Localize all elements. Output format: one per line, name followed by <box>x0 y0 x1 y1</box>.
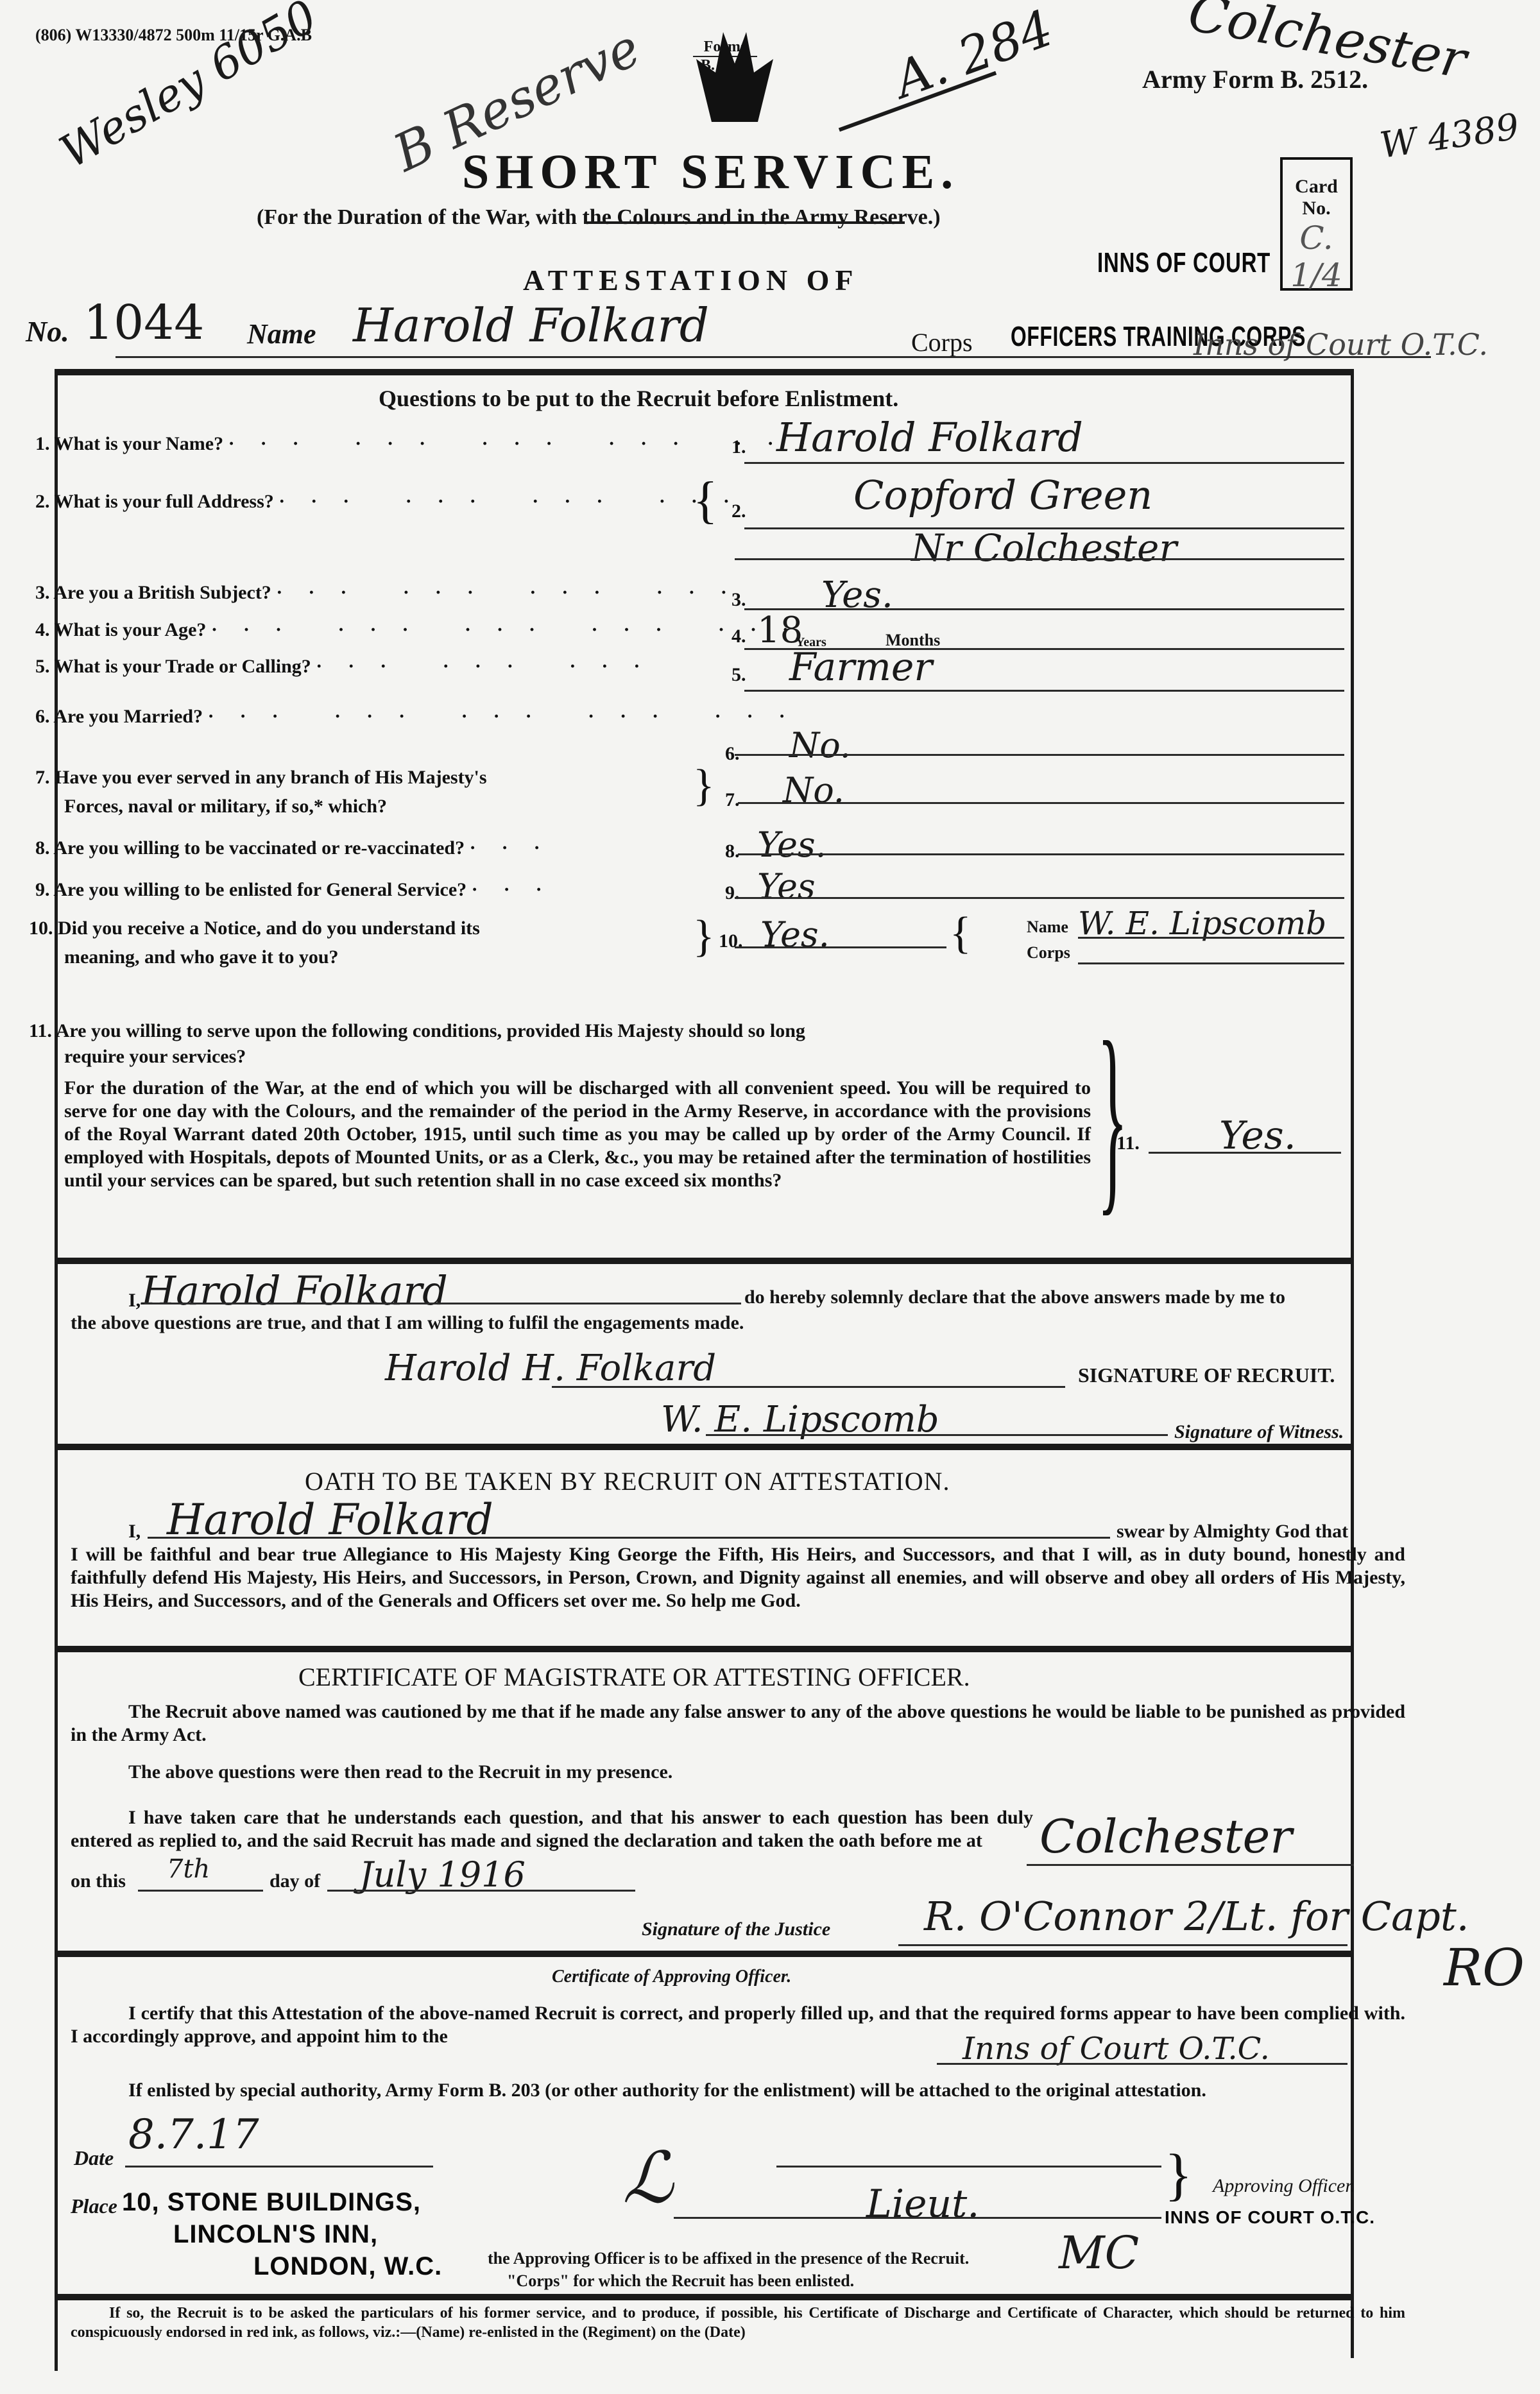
question-2-num: 2. <box>35 491 50 512</box>
question-6: 6. Are you Married? ··· ··· ··· ··· ··· <box>35 706 811 728</box>
answer-2-line2-rule <box>735 558 1344 560</box>
answer-1-num: 1. <box>732 436 746 458</box>
attestation-month[interactable]: July 1916 <box>359 1854 526 1895</box>
question-9-text: Are you willing to be enlisted for Gener… <box>53 879 466 900</box>
attestation-day[interactable]: 7th <box>167 1854 210 1884</box>
recruit-signature-label: SIGNATURE OF RECRUIT. <box>1078 1364 1335 1387</box>
question-10-text: Did you receive a Notice, and do you und… <box>58 918 480 939</box>
questions-heading: Questions to be put to the Recruit befor… <box>379 385 898 412</box>
corps-stamp-line1: INNS OF COURT <box>1097 247 1270 279</box>
certificate-paragraph-3: I have taken care that he understands ea… <box>71 1806 1033 1852</box>
officer-unit-stamp: INNS OF COURT O.T.C. <box>1165 2207 1375 2228</box>
approving-paragraph-2: If enlisted by special authority, Army F… <box>71 2079 1405 2102</box>
place-stamp-line2: LINCOLN'S INN, <box>173 2220 378 2249</box>
answer-3-line <box>744 608 1344 610</box>
oath-swear-text: swear by Almighty God that <box>1116 1521 1348 1543</box>
recruit-number-label: No. <box>26 314 69 348</box>
approving-note-2: "Corps" for which the Recruit has been e… <box>507 2271 854 2291</box>
answer-9-line <box>735 897 1344 899</box>
question-1-num: 1. <box>35 433 50 454</box>
answer-6[interactable]: No. <box>789 725 851 765</box>
question-7-num: 7. <box>35 767 50 788</box>
question-8-num: 8. <box>35 837 50 859</box>
annotation-number-right: W 4389 <box>1378 106 1522 167</box>
name-line <box>116 356 1431 358</box>
answer-10[interactable]: Yes. <box>760 914 830 955</box>
officer-signature-line <box>776 2166 1161 2167</box>
army-form-number: Army Form B. 2512. <box>1142 64 1368 94</box>
answer-2-num: 2. <box>732 500 746 522</box>
declaration-i-label: I, <box>128 1290 141 1312</box>
brace-icon: { <box>950 911 971 956</box>
annotation-a-number: A. 284 <box>887 0 1060 110</box>
question-7-text: Have you ever served in any branch of Hi… <box>55 767 487 788</box>
answer-1-line <box>744 462 1344 464</box>
declaration-text-1: do hereby solemnly declare that the abov… <box>744 1287 1285 1308</box>
section-divider <box>55 1646 1354 1652</box>
appointed-unit[interactable]: Inns of Court O.T.C. <box>963 2031 1270 2067</box>
question-2-text: What is your full Address? <box>54 491 273 512</box>
date-label: Date <box>74 2146 114 2170</box>
justice-signature[interactable]: R. O'Connor 2/Lt. for Capt. <box>924 1893 1469 1940</box>
question-7: 7. Have you ever served in any branch of… <box>35 767 487 789</box>
form-title: SHORT SERVICE. <box>462 144 959 200</box>
answer-4-num: 4. <box>732 626 746 647</box>
approval-date-line <box>125 2166 433 2167</box>
question-4-text: What is your Age? <box>54 619 206 640</box>
declaration-name-line <box>144 1303 741 1304</box>
question-9: 9. Are you willing to be enlisted for Ge… <box>35 879 568 901</box>
certificate-heading: CERTIFICATE OF MAGISTRATE OR ATTESTING O… <box>298 1662 970 1692</box>
question-2: 2. What is your full Address? ··· ··· ··… <box>35 491 755 513</box>
question-11-num: 11. <box>29 1020 52 1041</box>
certificate-paragraph-1: The Recruit above named was cautioned by… <box>71 1700 1405 1747</box>
place-stamp-line3: LONDON, W.C. <box>253 2252 442 2281</box>
recruit-number-value[interactable]: 1044 <box>83 295 204 350</box>
answer-3-num: 3. <box>732 589 746 611</box>
answer-11-num: 11. <box>1116 1133 1140 1154</box>
question-3-num: 3. <box>35 582 50 603</box>
service-conditions: For the duration of the War, at the end … <box>64 1077 1091 1192</box>
declaration-text-2: the above questions are true, and that I… <box>71 1312 744 1334</box>
question-3: 3. Are you a British Subject? ··· ··· ··… <box>35 582 753 604</box>
main-top-rule <box>55 369 1354 375</box>
question-11: 11. Are you willing to serve upon the fo… <box>29 1020 805 1042</box>
form-subtitle: (For the Duration of the War, with the C… <box>257 205 941 230</box>
question-5-text: What is your Trade or Calling? <box>54 656 311 677</box>
justice-signature-label: Signature of the Justice <box>642 1919 830 1940</box>
question-4: 4. What is your Age? ··· ··· ··· ··· ··· <box>35 619 814 641</box>
question-11-text: Are you willing to serve upon the follow… <box>56 1020 805 1041</box>
attestation-place-line <box>1027 1864 1354 1866</box>
card-number-value: C. 1/4 <box>1283 219 1350 294</box>
card-number-box: Card No. C. 1/4 <box>1280 157 1353 291</box>
brace-icon: } <box>693 764 715 808</box>
recruit-name-value[interactable]: Harold Folkard <box>353 298 709 352</box>
brace-icon: { <box>693 475 717 526</box>
question-8-text: Are you willing to be vaccinated or re-v… <box>53 837 465 859</box>
question-10-text-line2: meaning, and who gave it to you? <box>64 946 339 968</box>
question-10-num: 10. <box>29 918 53 939</box>
attestation-month-line <box>327 1890 635 1892</box>
question-6-num: 6. <box>35 706 50 727</box>
answer-5[interactable]: Farmer <box>789 645 932 690</box>
answer-5-line <box>744 690 1344 692</box>
notice-corps-label: Corps <box>1027 943 1070 962</box>
brace-icon: } <box>1165 2146 1192 2204</box>
justice-signature-line <box>898 1944 1347 1946</box>
question-7-text-line2: Forces, naval or military, if so,* which… <box>64 796 387 817</box>
recruit-signature[interactable]: Harold H. Folkard <box>385 1347 716 1389</box>
question-4-num: 4. <box>35 619 50 640</box>
question-5-num: 5. <box>35 656 50 677</box>
day-of-label: day of <box>269 1870 320 1892</box>
section-divider <box>55 1951 1354 1957</box>
attestation-place[interactable]: Colchester <box>1039 1809 1292 1863</box>
answer-8-line <box>738 853 1344 855</box>
answer-1[interactable]: Harold Folkard <box>776 414 1083 461</box>
attestation-of-heading: ATTESTATION OF <box>523 263 859 297</box>
corps-label: Corps <box>911 327 973 357</box>
answer-9[interactable]: Yes <box>757 866 816 907</box>
oath-body: I will be faithful and bear true Allegia… <box>71 1543 1405 1612</box>
place-label: Place <box>71 2194 117 2218</box>
question-5: 5. What is your Trade or Calling? ··· ··… <box>35 656 665 678</box>
place-stamp-line1: 10, STONE BUILDINGS, <box>122 2188 421 2217</box>
question-11-text-line2: require your services? <box>64 1046 246 1068</box>
notice-name-label: Name <box>1027 918 1068 937</box>
brace-icon: } <box>1097 1020 1128 1213</box>
answer-9-num: 9. <box>725 882 740 904</box>
question-10: 10. Did you receive a Notice, and do you… <box>29 918 480 939</box>
notice-name-line <box>1078 937 1344 939</box>
officer-initials: MC <box>1059 2227 1139 2279</box>
footer-note: If so, the Recruit is to be asked the pa… <box>71 2304 1405 2342</box>
officer-rank-line <box>674 2217 1161 2219</box>
answer-10-line <box>735 946 946 948</box>
question-3-text: Are you a British Subject? <box>53 582 271 603</box>
answer-6-line <box>735 754 1344 756</box>
answer-10-num: 10. <box>719 930 743 952</box>
answer-8-num: 8. <box>725 841 740 862</box>
certificate-paragraph-2: The above questions were then read to th… <box>128 1761 672 1783</box>
answer-8[interactable]: Yes. <box>757 825 826 865</box>
oath-i-label: I, <box>128 1521 141 1543</box>
question-8: 8. Are you willing to be vaccinated or r… <box>35 837 566 859</box>
attestation-day-line <box>138 1890 263 1892</box>
answer-2-line1[interactable]: Copford Green <box>853 472 1152 518</box>
question-9-num: 9. <box>35 879 50 900</box>
question-6-text: Are you Married? <box>53 706 203 727</box>
on-this-label: on this <box>71 1870 126 1892</box>
witness-signature-line <box>706 1434 1168 1436</box>
question-1-text: What is your Name? <box>54 433 223 454</box>
oath-name-line <box>148 1537 1110 1539</box>
appointed-unit-line <box>937 2063 1347 2065</box>
section-divider <box>55 1444 1354 1450</box>
main-right-border <box>1351 369 1354 2358</box>
question-1: 1. What is your Name? ··· ··· ··· ··· ··… <box>35 433 832 455</box>
answer-2-line2[interactable]: Nr Colchester <box>911 526 1177 570</box>
margin-note: RO <box>1444 1938 1525 1997</box>
officer-signature[interactable]: Lieut. <box>866 2182 979 2227</box>
card-number-label: Card No. <box>1283 176 1350 219</box>
declaration-name[interactable]: Harold Folkard <box>141 1267 448 1314</box>
title-divider <box>584 221 905 224</box>
approving-note-1: the Approving Officer is to be affixed i… <box>488 2249 969 2268</box>
recruit-signature-line <box>552 1386 1065 1388</box>
approving-heading: Certificate of Approving Officer. <box>552 1967 791 1987</box>
brace-icon: } <box>693 914 715 959</box>
section-divider <box>55 1258 1354 1264</box>
approving-officer-label: Approving Officer. <box>1213 2175 1355 2197</box>
officer-signature-scrawl[interactable]: ℒ <box>622 2137 673 2219</box>
recruit-name-label: Name <box>247 318 316 350</box>
oath-heading: OATH TO BE TAKEN BY RECRUIT ON ATTESTATI… <box>305 1466 950 1496</box>
answer-7-line <box>738 802 1344 804</box>
answer-7-num: 7. <box>725 789 740 811</box>
answer-11-line <box>1149 1152 1341 1154</box>
approval-date[interactable]: 8.7.17 <box>128 2111 259 2159</box>
witness-signature-label: Signature of Witness. <box>1174 1421 1344 1443</box>
answer-7[interactable]: No. <box>783 770 844 810</box>
section-divider <box>55 2294 1354 2300</box>
answer-5-num: 5. <box>732 664 746 686</box>
notice-corps-line <box>1078 962 1344 964</box>
